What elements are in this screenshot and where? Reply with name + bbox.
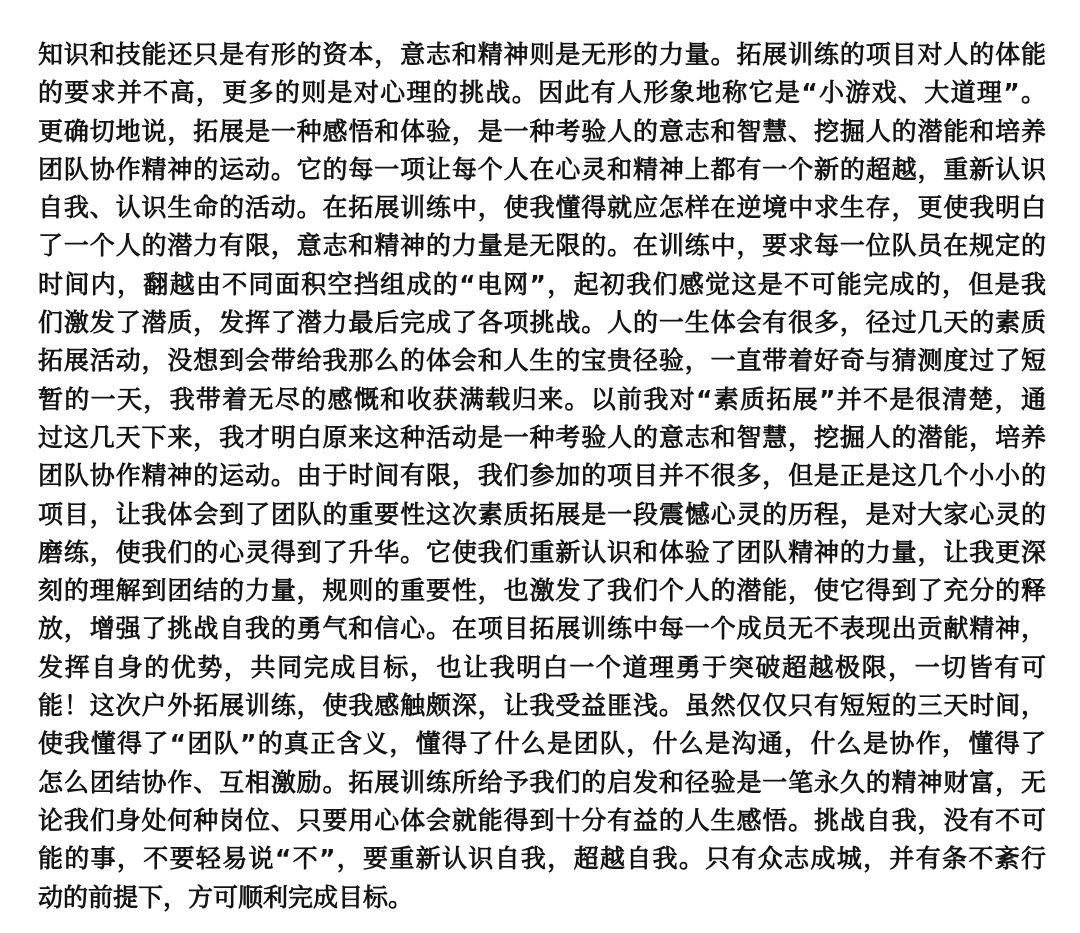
text-line: 自我、认识生命的活动。在拓展训练中，使我懂得就应怎样在逆境中求生存，更使我明白 — [38, 189, 1046, 227]
essay-text-block: 知识和技能还只是有形的资本，意志和精神则是无形的力量。拓展训练的项目对人的体能 … — [38, 36, 1046, 917]
text-line: 时间内，翻越由不同面积空挡组成的“电网”，起初我们感觉这是不可能完成的，但是我 — [38, 266, 1046, 304]
text-line: 的要求并不高，更多的则是对心理的挑战。因此有人形象地称它是“小游戏、大道理”。 — [38, 74, 1046, 112]
text-line: 能的事，不要轻易说“不”，要重新认识自我，超越自我。只有众志成城，并有条不紊行 — [38, 840, 1046, 878]
text-line: 放，增强了挑战自我的勇气和信心。在项目拓展训练中每一个成员无不表现出贡献精神， — [38, 610, 1046, 648]
text-line: 动的前提下，方可顺利完成目标。 — [38, 879, 1046, 917]
document-page: 知识和技能还只是有形的资本，意志和精神则是无形的力量。拓展训练的项目对人的体能 … — [0, 0, 1080, 933]
text-line: 更确切地说，拓展是一种感悟和体验，是一种考验人的意志和智慧、挖掘人的潜能和培养 — [38, 113, 1046, 151]
text-line: 项目，让我体会到了团队的重要性这次素质拓展是一段震憾心灵的历程，是对大家心灵的 — [38, 496, 1046, 534]
text-line: 过这几天下来，我才明白原来这种活动是一种考验人的意志和智慧，挖掘人的潜能，培养 — [38, 419, 1046, 457]
text-line: 论我们身处何种岗位、只要用心体会就能得到十分有益的人生感悟。挑战自我，没有不可 — [38, 802, 1046, 840]
text-line: 磨练，使我们的心灵得到了升华。它使我们重新认识和体验了团队精神的力量，让我更深 — [38, 534, 1046, 572]
text-line: 拓展活动，没想到会带给我那么的体会和人生的宝贵径验，一直带着好奇与猜测度过了短 — [38, 342, 1046, 380]
text-line: 能！这次户外拓展训练，使我感触颇深，让我受益匪浅。虽然仅仅只有短短的三天时间， — [38, 687, 1046, 725]
text-line: 发挥自身的优势，共同完成目标，也让我明白一个道理勇于突破超越极限，一切皆有可 — [38, 649, 1046, 687]
text-line: 团队协作精神的运动。它的每一项让每个人在心灵和精神上都有一个新的超越，重新认识 — [38, 151, 1046, 189]
text-line: 暂的一天，我带着无尽的感慨和收获满载归来。以前我对“素质拓展”并不是很清楚，通 — [38, 381, 1046, 419]
text-line: 们激发了潜质，发挥了潜力最后完成了各项挑战。人的一生体会有很多，径过几天的素质 — [38, 304, 1046, 342]
text-line: 使我懂得了“团队”的真正含义，懂得了什么是团队，什么是沟通，什么是协作，懂得了 — [38, 725, 1046, 763]
text-line: 了一个人的潜力有限，意志和精神的力量是无限的。在训练中，要求每一位队员在规定的 — [38, 227, 1046, 265]
text-line: 知识和技能还只是有形的资本，意志和精神则是无形的力量。拓展训练的项目对人的体能 — [38, 36, 1046, 74]
text-line: 刻的理解到团结的力量，规则的重要性，也激发了我们个人的潜能，使它得到了充分的释 — [38, 572, 1046, 610]
text-line: 怎么团结协作、互相激励。拓展训练所给予我们的启发和径验是一笔永久的精神财富，无 — [38, 764, 1046, 802]
text-line: 团队协作精神的运动。由于时间有限，我们参加的项目并不很多，但是正是这几个小小的 — [38, 457, 1046, 495]
